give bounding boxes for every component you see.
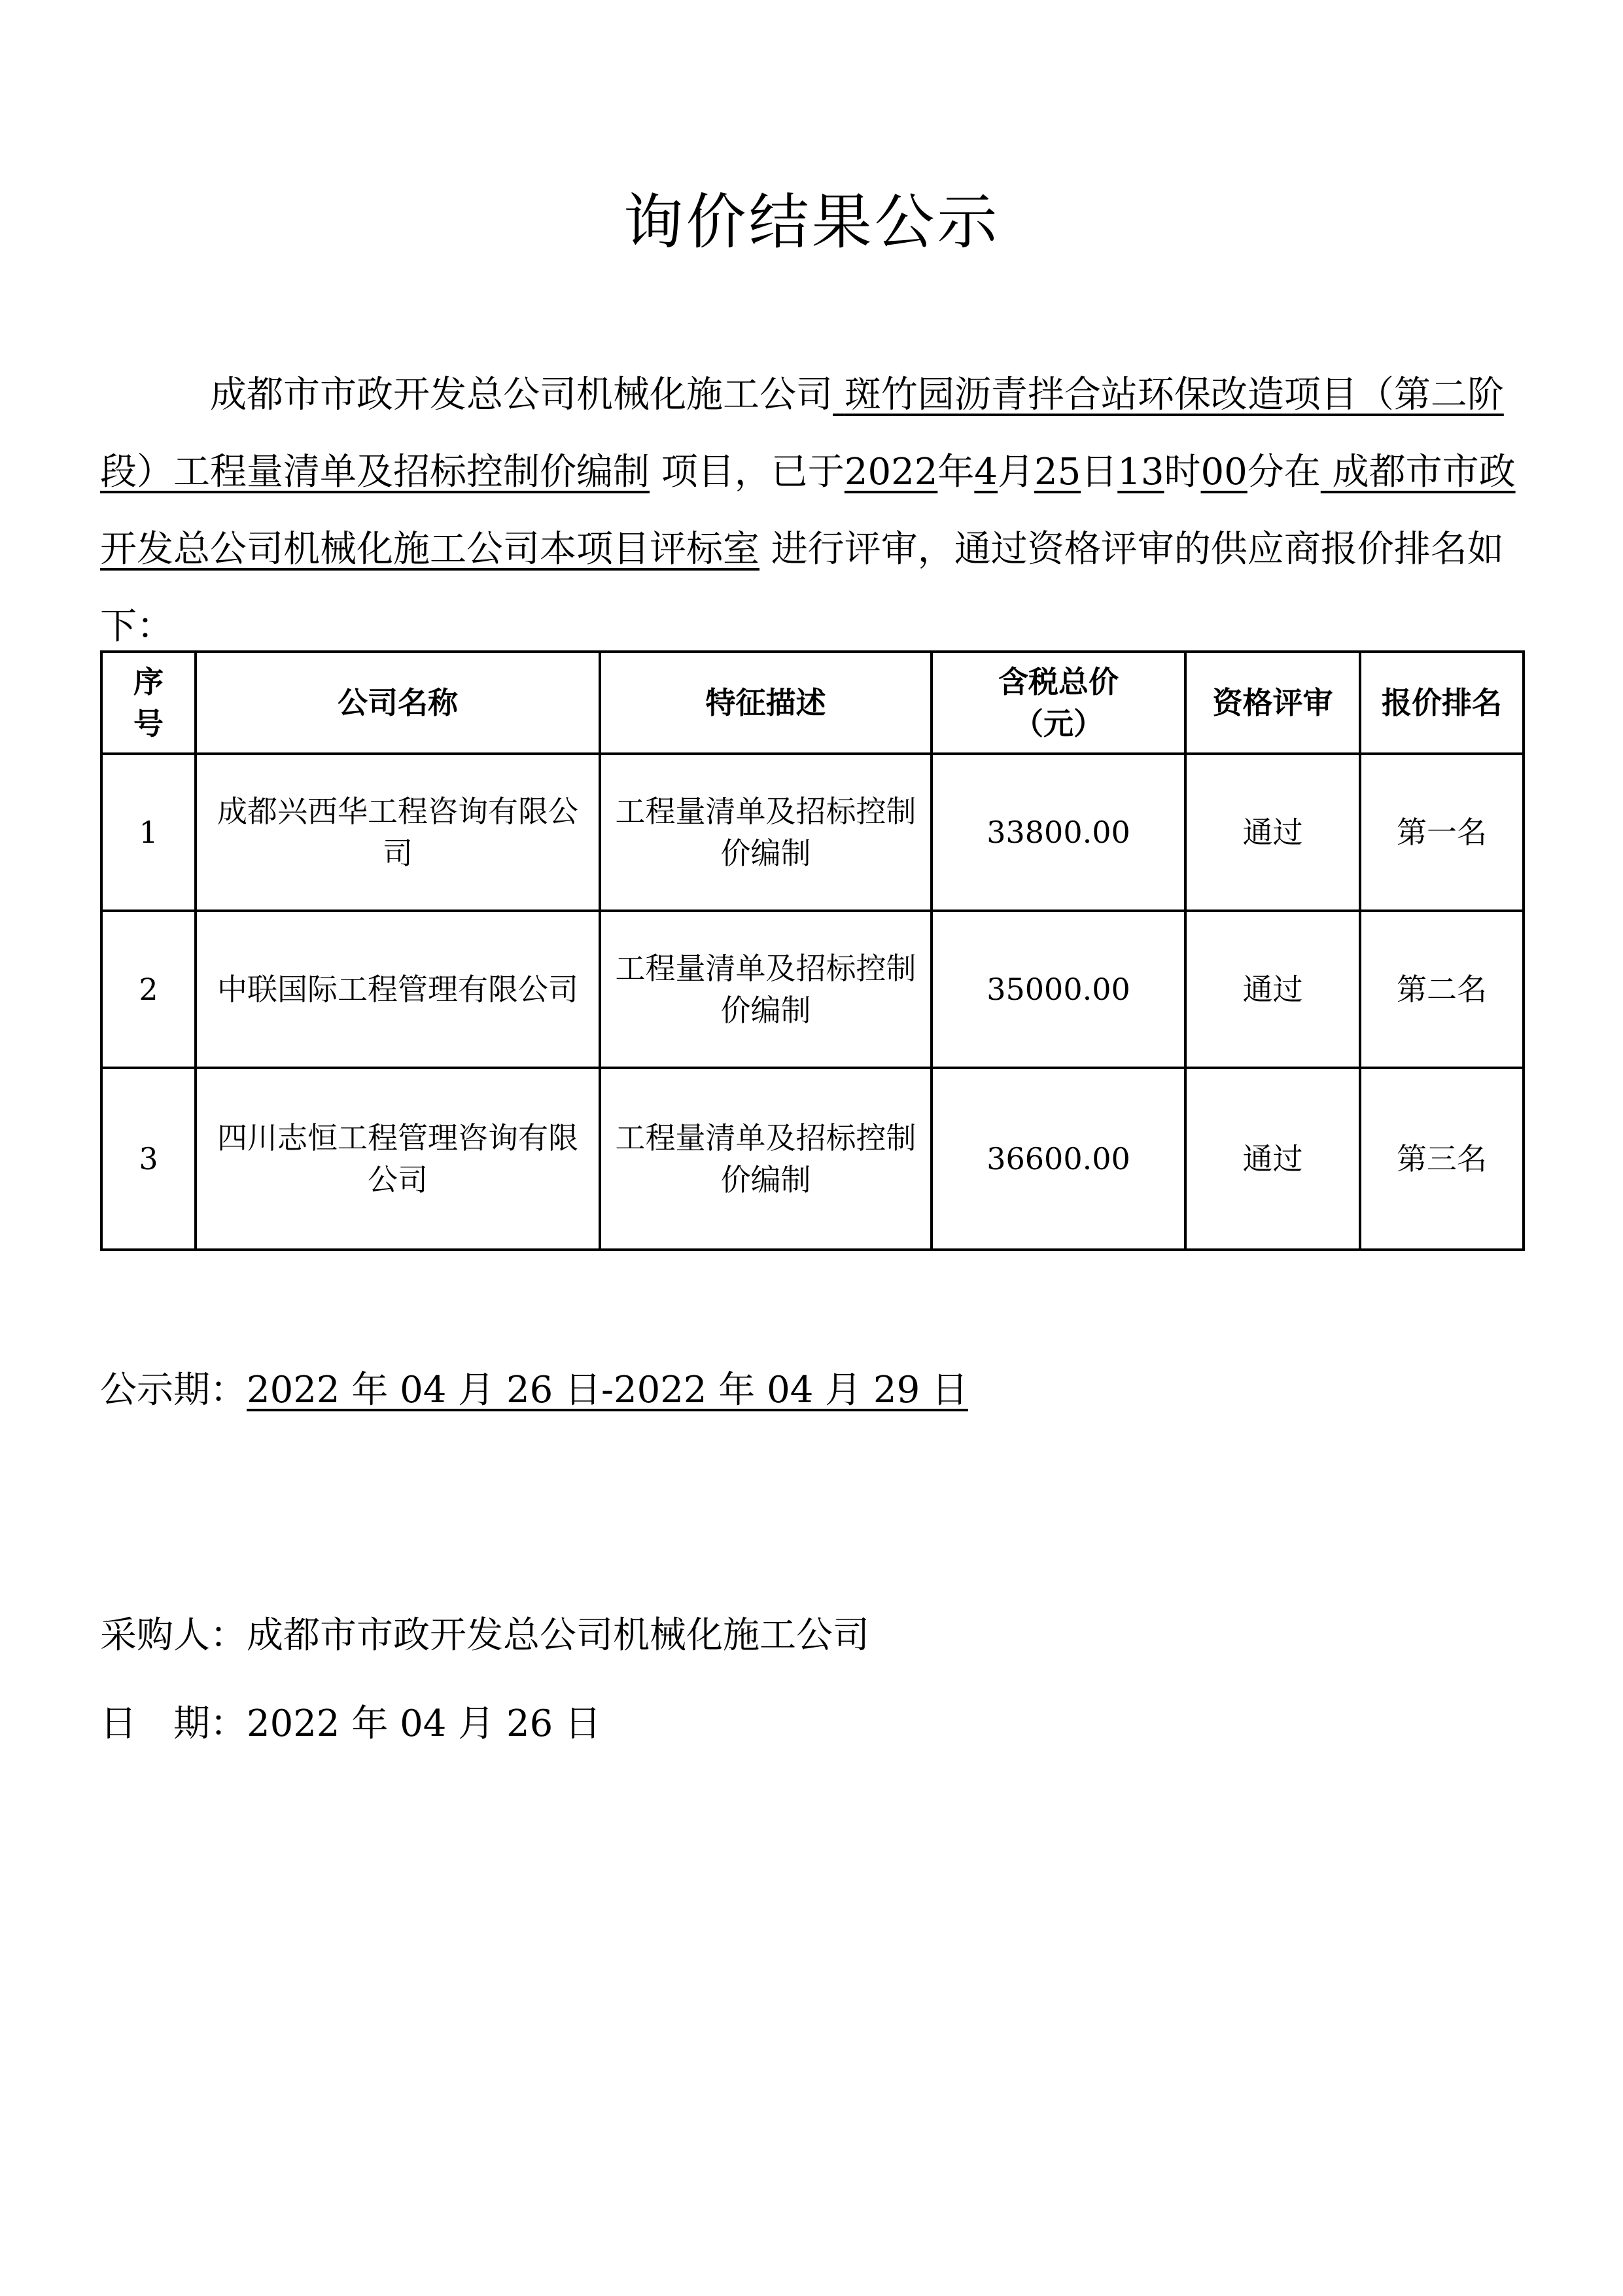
date-line: 日 期：2022 年 04 月 26 日 — [100, 1701, 601, 1747]
header-feature: 特征描述 — [600, 652, 932, 754]
table-header-row: 序号 公司名称 特征描述 含税总价（元） 资格评审 报价排名 — [101, 652, 1524, 754]
intro-paragraph: 成都市市政开发总公司机械化施工公司 斑竹园沥青拌合站环保改造项目（第二阶段）工程… — [100, 357, 1526, 665]
publicity-dates: 2022 年 04 月 26 日-2022 年 04 月 29 日 — [247, 1369, 968, 1411]
header-company: 公司名称 — [196, 652, 600, 754]
cell-feature: 工程量清单及招标控制价编制 — [600, 1068, 932, 1250]
review-year: 2022 — [845, 451, 938, 493]
header-review: 资格评审 — [1185, 652, 1360, 754]
review-minute: 00 — [1201, 451, 1248, 493]
publicity-label: 公示期： — [100, 1369, 247, 1411]
results-table: 序号 公司名称 特征描述 含税总价（元） 资格评审 报价排名 1 成都兴西华工程… — [100, 650, 1525, 1251]
header-rank: 报价排名 — [1360, 652, 1524, 754]
text-fragment: 项目，已于 — [650, 451, 845, 493]
cell-price: 33800.00 — [932, 754, 1185, 911]
cell-review: 通过 — [1185, 1068, 1360, 1250]
cell-company: 中联国际工程管理有限公司 — [196, 911, 600, 1068]
cell-company: 四川志恒工程管理咨询有限公司 — [196, 1068, 600, 1250]
review-hour: 13 — [1117, 451, 1164, 493]
cell-no: 3 — [101, 1068, 196, 1250]
purchaser-value: 成都市市政开发总公司机械化施工公司 — [247, 1614, 869, 1657]
date-value: 2022 年 04 月 26 日 — [247, 1703, 601, 1745]
purchaser-line: 采购人：成都市市政开发总公司机械化施工公司 — [100, 1613, 869, 1659]
header-price: 含税总价（元） — [932, 652, 1185, 754]
cell-rank: 第一名 — [1360, 754, 1524, 911]
cell-price: 35000.00 — [932, 911, 1185, 1068]
cell-company: 成都兴西华工程咨询有限公司 — [196, 754, 600, 911]
review-day: 25 — [1034, 451, 1081, 493]
cell-no: 1 — [101, 754, 196, 911]
indent — [100, 374, 210, 416]
cell-review: 通过 — [1185, 911, 1360, 1068]
cell-price: 36600.00 — [932, 1068, 1185, 1250]
text-fragment: 年 — [937, 451, 974, 493]
date-label: 日 期： — [100, 1703, 247, 1745]
table-row: 2 中联国际工程管理有限公司 工程量清单及招标控制价编制 35000.00 通过… — [101, 911, 1524, 1068]
page-title: 询价结果公示 — [0, 183, 1623, 262]
publicity-period: 公示期：2022 年 04 月 26 日-2022 年 04 月 29 日 — [100, 1368, 968, 1413]
cell-feature: 工程量清单及招标控制价编制 — [600, 754, 932, 911]
cell-no: 2 — [101, 911, 196, 1068]
cell-rank: 第二名 — [1360, 911, 1524, 1068]
table-row: 1 成都兴西华工程咨询有限公司 工程量清单及招标控制价编制 33800.00 通… — [101, 754, 1524, 911]
purchaser-name: 成都市市政开发总公司机械化施工公司 — [210, 374, 833, 416]
table-row: 3 四川志恒工程管理咨询有限公司 工程量清单及招标控制价编制 36600.00 … — [101, 1068, 1524, 1250]
text-fragment: 日 — [1081, 451, 1117, 493]
header-no: 序号 — [101, 652, 196, 754]
text-fragment: 月 — [998, 451, 1034, 493]
cell-review: 通过 — [1185, 754, 1360, 911]
purchaser-label: 采购人： — [100, 1614, 247, 1657]
cell-feature: 工程量清单及招标控制价编制 — [600, 911, 932, 1068]
text-fragment: 时 — [1164, 451, 1201, 493]
cell-rank: 第三名 — [1360, 1068, 1524, 1250]
review-month: 4 — [974, 451, 998, 493]
text-fragment: 分在 — [1248, 451, 1321, 493]
